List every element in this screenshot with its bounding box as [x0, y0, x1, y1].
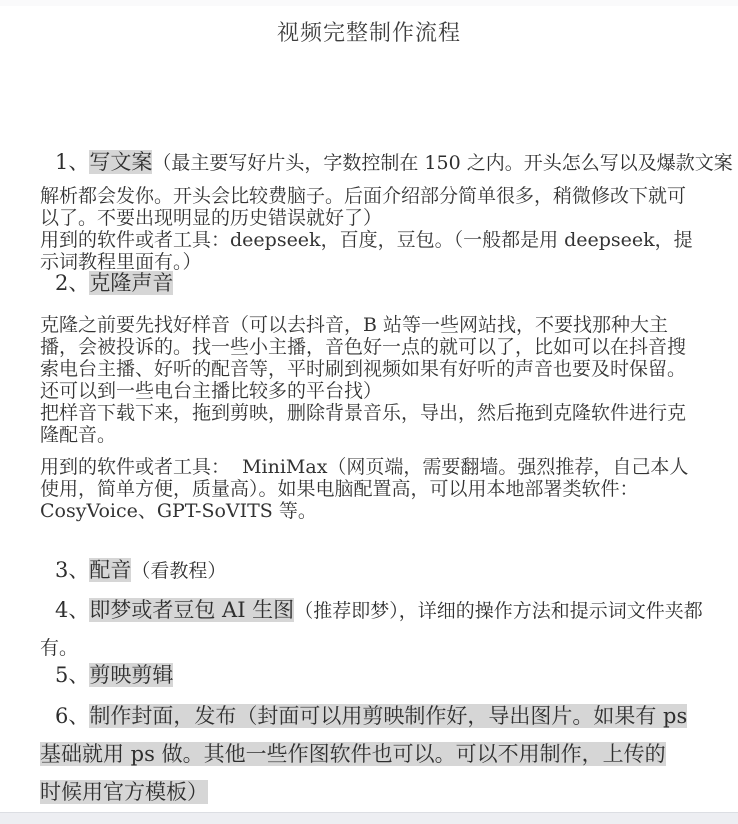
- page-bottom-edge: [0, 812, 738, 824]
- step-6-number: 6、: [55, 704, 89, 728]
- step-3-keyword-highlight: 配音: [89, 558, 131, 582]
- step-4-number: 4、: [55, 598, 89, 622]
- step-4-keyword-highlight: 即梦或者豆包 AI 生图: [89, 598, 294, 622]
- page-top-edge: [0, 0, 738, 6]
- step-5-keyword-highlight: 剪映剪辑: [89, 663, 173, 687]
- document-title: 视频完整制作流程: [0, 20, 738, 48]
- step-5-number: 5、: [55, 663, 89, 687]
- step-5-heading: 5、剪映剪辑: [40, 660, 730, 690]
- step-2-tools: 用到的软件或者工具： MiniMax（网页端，需要翻墙。强烈推荐，自己本人使用，…: [40, 456, 702, 522]
- step-2-heading: 2、克隆声音: [40, 268, 730, 298]
- step-2-detail: 克隆之前要先找好样音（可以去抖音，B 站等一些网站找，不要找那种大主播，会被投诉…: [40, 314, 702, 446]
- step-1-detail: 解析都会发你。开头会比较费脑子。后面介绍部分简单很多，稍微修改下就可以了。不要出…: [40, 185, 702, 273]
- document-page: 视频完整制作流程 1、写文案（最主要写好片头，字数控制在 150 之内。开头怎么…: [0, 0, 738, 824]
- step-2-number: 2、: [55, 271, 89, 295]
- step-2-keyword-highlight: 克隆声音: [89, 271, 173, 295]
- step-1-heading: 1、写文案（最主要写好片头，字数控制在 150 之内。开头怎么写以及爆款文案: [40, 147, 730, 178]
- step-4-heading: 4、即梦或者豆包 AI 生图（推荐即梦），详细的操作方法和提示词文件夹都有。: [40, 592, 704, 666]
- step-1-intro: （最主要写好片头，字数控制在 150 之内。开头怎么写以及爆款文案: [152, 152, 732, 174]
- step-3-heading: 3、配音（看教程）: [40, 555, 730, 586]
- step-6-keyword-highlight: 制作封面，发布（封面可以用剪映制作好，导出图片。如果有 ps 基础就用 ps 做…: [40, 704, 687, 804]
- step-1-number: 1、: [55, 150, 89, 174]
- step-1-keyword-highlight: 写文案: [89, 150, 152, 174]
- step-3-number: 3、: [55, 558, 89, 582]
- step-6-heading: 6、制作封面，发布（封面可以用剪映制作好，导出图片。如果有 ps 基础就用 ps…: [40, 697, 708, 811]
- step-3-intro: （看教程）: [131, 560, 226, 582]
